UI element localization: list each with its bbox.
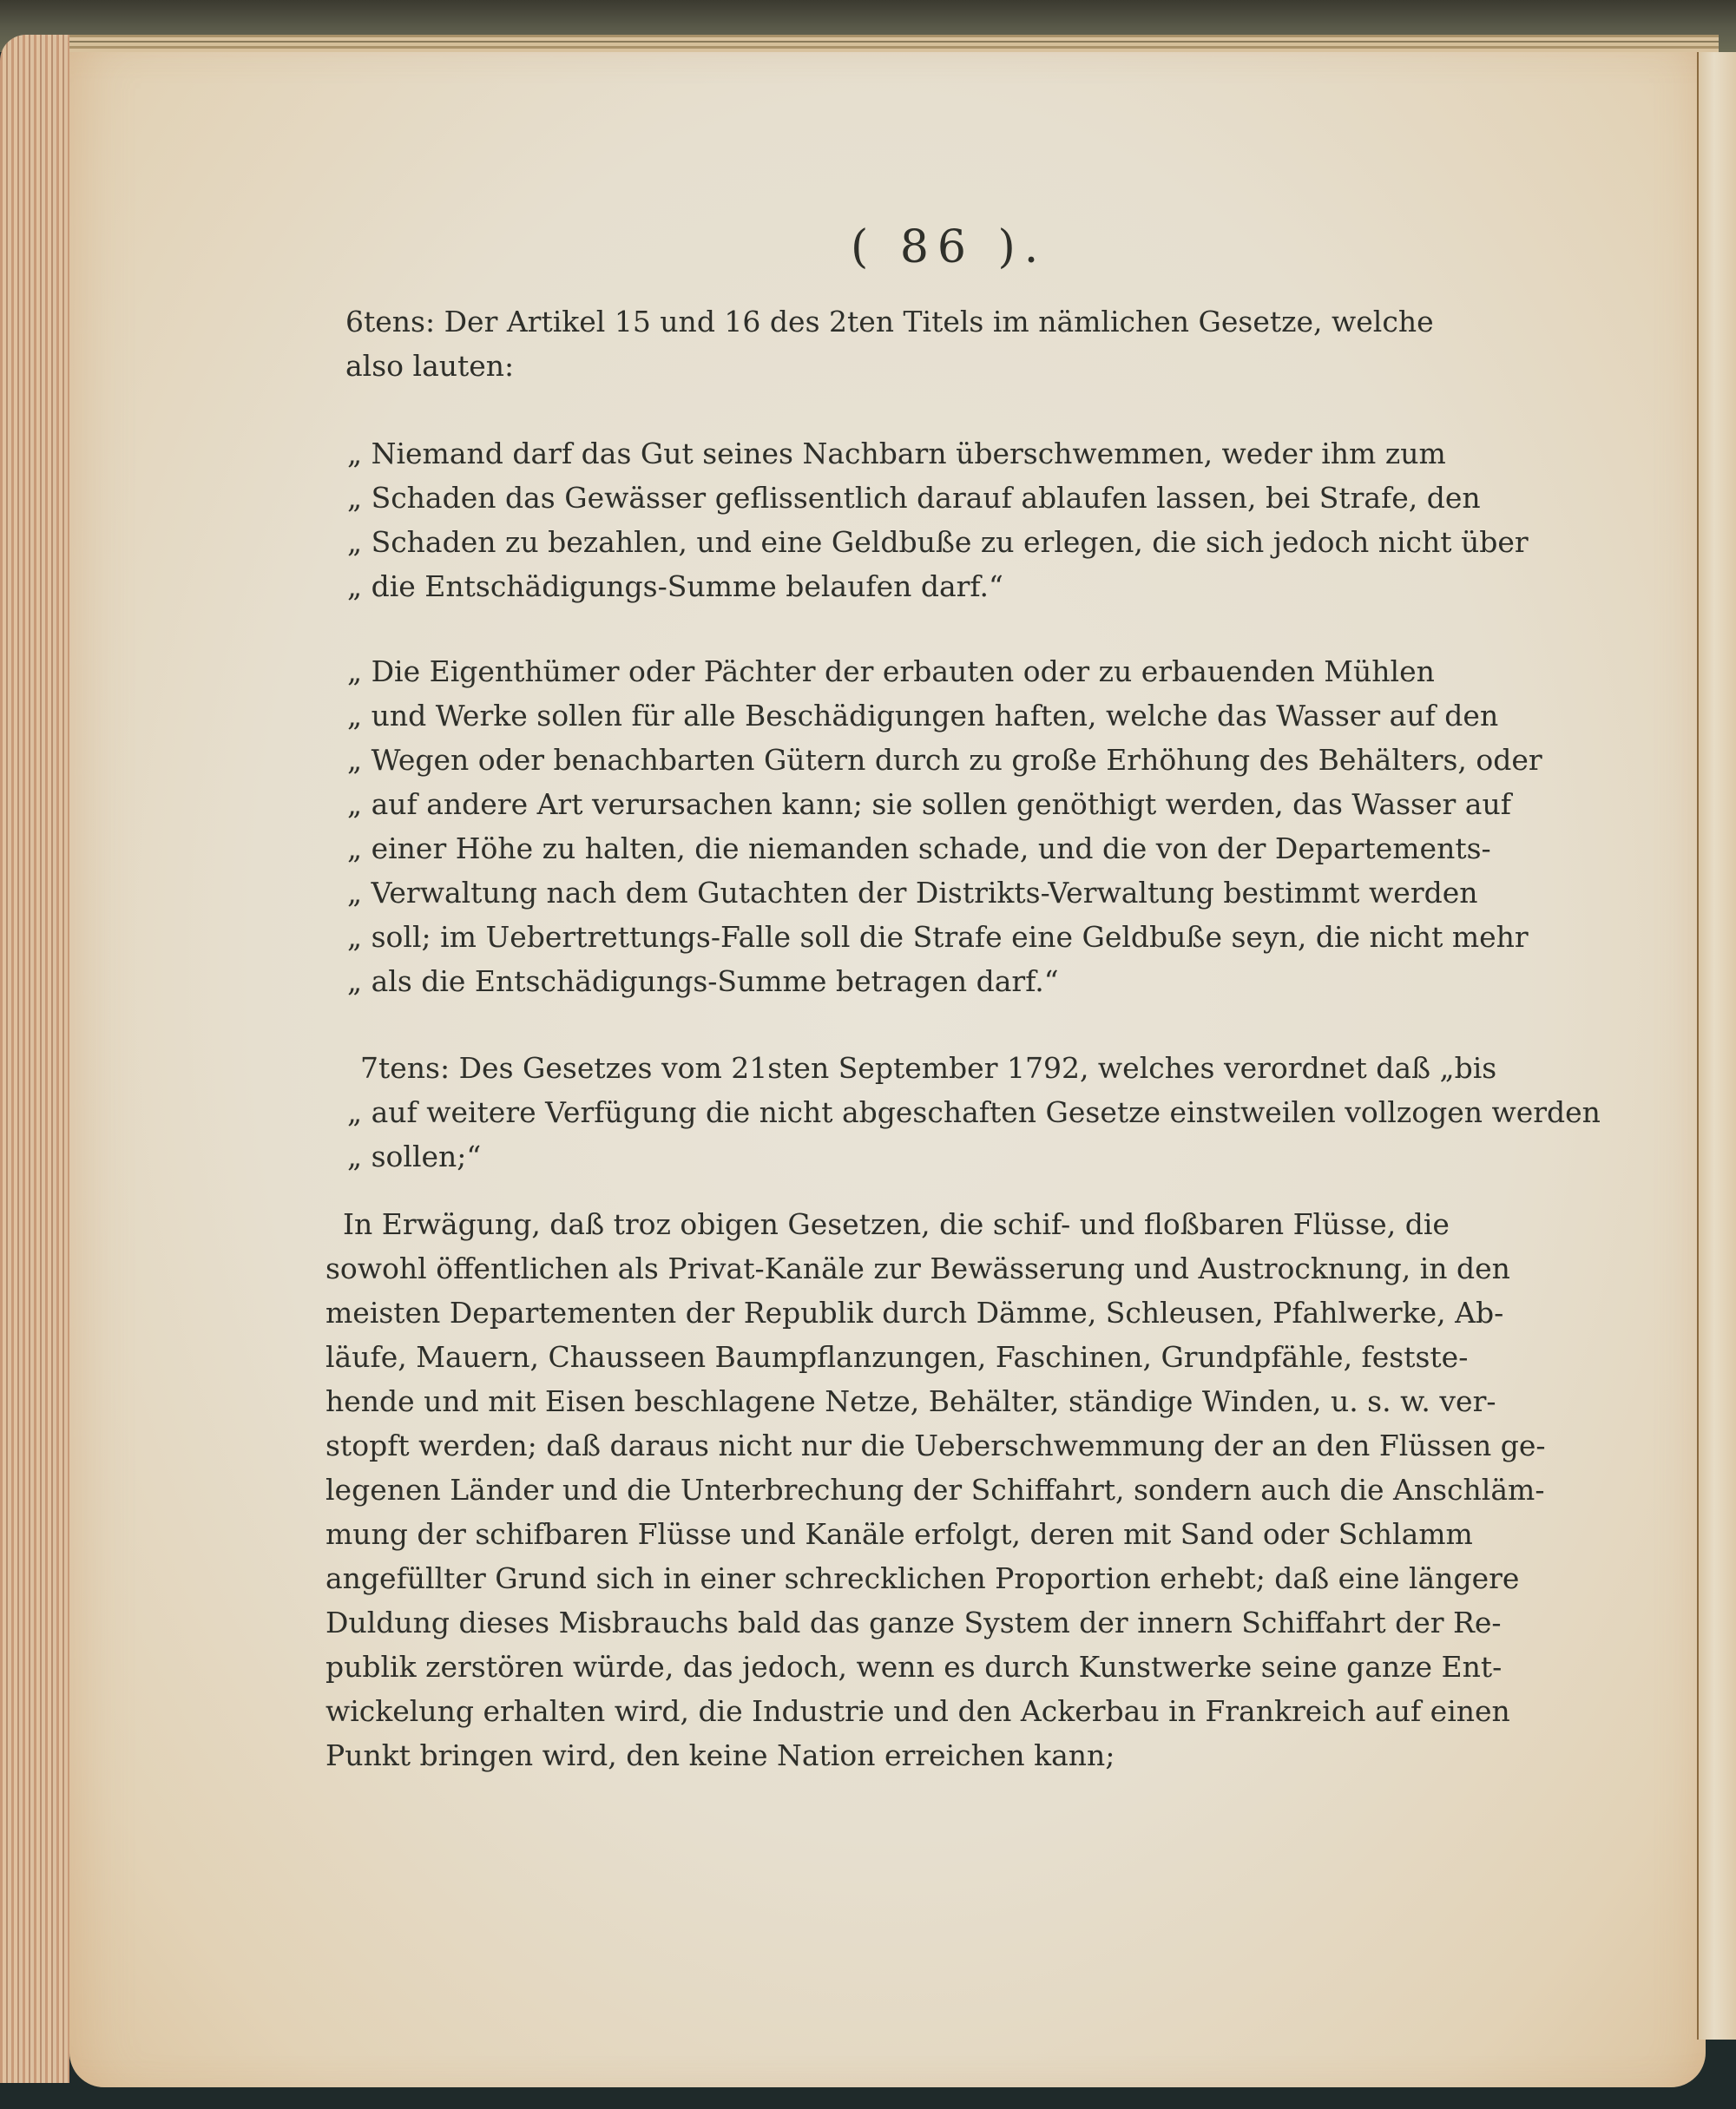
paragraph-article-6: 6tens: Der Artikel 15 und 16 des 2ten Ti… [345,299,1434,388]
text-line: wickelung erhalten wird, die Industrie u… [325,1689,1546,1733]
text-line: legenen Länder und die Unterbrechung der… [325,1468,1546,1512]
quotation-2: „ Die Eigenthümer oder Pächter der erbau… [347,649,1542,1003]
text-line: „ und Werke sollen für alle Beschädigung… [347,693,1542,738]
text-line: „ Verwaltung nach dem Gutachten der Dist… [347,871,1542,915]
text-line: „ auf weitere Verfügung die nicht abgesc… [347,1090,1601,1134]
text-line: 7tens: Des Gesetzes vom 21sten September… [347,1046,1601,1090]
page-stack-left-edge [0,35,69,2083]
text-line: „ soll; im Uebertrettungs-Falle soll die… [347,915,1542,959]
text-line: „ Schaden das Gewässer geflissentlich da… [347,476,1529,520]
text-line: „ auf andere Art verursachen kann; sie s… [347,782,1542,826]
text-line: „ als die Entschädigungs-Summe betragen … [347,959,1542,1003]
text-line: sowohl öffentlichen als Privat-Kanäle zu… [325,1246,1546,1291]
text-line: „ Die Eigenthümer oder Pächter der erbau… [347,649,1542,693]
text-line: „ einer Höhe zu halten, die niemanden sc… [347,826,1542,871]
text-line: In Erwägung, daß troz obigen Gesetzen, d… [325,1202,1546,1246]
text-line: „ die Entschädigungs-Summe belaufen darf… [347,564,1529,608]
paragraph-article-7: 7tens: Des Gesetzes vom 21sten September… [347,1046,1601,1179]
text-line: hende und mit Eisen beschlagene Netze, B… [325,1379,1546,1423]
paragraph-consideration: In Erwägung, daß troz obigen Gesetzen, d… [325,1202,1546,1777]
text-line: „ Schaden zu bezahlen, und eine Geldbuße… [347,520,1529,564]
text-line: meisten Departementen der Republik durch… [325,1291,1546,1335]
text-line: „ Wegen oder benachbarten Gütern durch z… [347,738,1542,782]
text-line: angefüllter Grund sich in einer schreckl… [325,1556,1546,1600]
text-line: läufe, Mauern, Chausseen Baumpflanzungen… [325,1335,1546,1379]
text-line: 6tens: Der Artikel 15 und 16 des 2ten Ti… [345,299,1434,344]
page-number: ( 86 ). [851,221,1047,273]
book-gutter [1697,52,1736,2040]
text-line: mung der schifbaren Flüsse und Kanäle er… [325,1512,1546,1556]
text-line: „ sollen;“ [347,1134,1601,1179]
quotation-1: „ Niemand darf das Gut seines Nachbarn ü… [347,431,1529,608]
text-line: also lauten: [345,344,1434,388]
text-line: Duldung dieses Misbrauchs bald das ganze… [325,1600,1546,1645]
text-line: publik zerstören würde, das jedoch, wenn… [325,1645,1546,1689]
text-line: Punkt bringen wird, den keine Nation err… [325,1733,1546,1777]
text-line: stopft werden; daß daraus nicht nur die … [325,1423,1546,1468]
text-line: „ Niemand darf das Gut seines Nachbarn ü… [347,431,1529,476]
